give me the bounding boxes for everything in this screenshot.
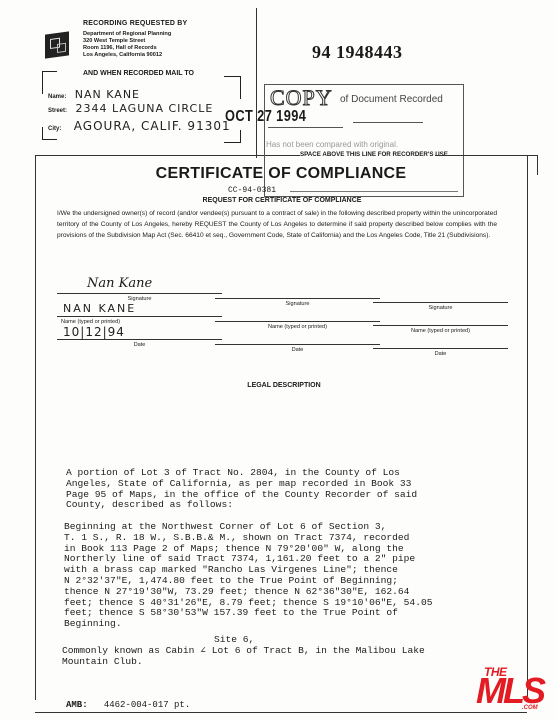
signature-line bbox=[215, 298, 380, 299]
date-line bbox=[215, 344, 380, 345]
street-field: Street: 2344 LAGUNA CIRCLE bbox=[48, 99, 213, 117]
name-line bbox=[57, 316, 222, 317]
signature-line bbox=[57, 293, 222, 294]
recording-requested-label: RECORDING REQUESTED BY bbox=[83, 20, 187, 27]
legal-paragraph-2: Beginning at the Northwest Corner of Lot… bbox=[64, 522, 432, 630]
document-number: 94 1948443 bbox=[312, 42, 403, 63]
mls-com-text: .COM bbox=[522, 705, 538, 711]
address-bracket bbox=[224, 76, 241, 99]
stamp-underline bbox=[353, 122, 423, 123]
name-line bbox=[373, 325, 508, 326]
date-line bbox=[373, 348, 508, 349]
printed-name-value: NAN KANE bbox=[57, 302, 222, 316]
county-seal-icon bbox=[45, 31, 69, 58]
commonly-known-as: Commonly known as Cabin ∠ Lot 6 of Tract… bbox=[62, 646, 425, 668]
mail-to-label: AND WHEN RECORDED MAIL TO bbox=[83, 70, 194, 77]
signature-block-2: Signature Name (typed or printed) Date bbox=[215, 298, 380, 353]
signature-line bbox=[373, 302, 508, 303]
dept-line: Room 1196, Hall of Records bbox=[83, 45, 171, 52]
recorder-space-line-left bbox=[35, 155, 300, 156]
city-value: AGOURA, CALIF. 91301 bbox=[74, 119, 231, 133]
name-line bbox=[215, 321, 380, 322]
recorder-space-label: SPACE ABOVE THIS LINE FOR RECORDER'S USE bbox=[300, 151, 448, 158]
date-value: 10|12|94 bbox=[57, 325, 222, 339]
recorded-date-stamp: OCT 27 1994 bbox=[225, 108, 306, 126]
request-intro-text: I/We the undersigned owner(s) of record … bbox=[57, 208, 497, 241]
mls-main-text: MLS bbox=[476, 673, 543, 709]
copy-faint-text: Has not been compared with original. bbox=[266, 140, 398, 149]
cc-number: CC-94-0381 bbox=[228, 186, 276, 195]
signature-block-3: Signature Name (typed or printed) Date bbox=[373, 302, 508, 357]
dept-line: Los Angeles, California 90012 bbox=[83, 52, 171, 59]
department-address: Department of Regional Planning 320 West… bbox=[83, 31, 171, 59]
legal-description-title: LEGAL DESCRIPTION bbox=[0, 382, 556, 389]
date-label: Date bbox=[57, 342, 222, 348]
city-field: City: AGOURA, CALIF. 91301 bbox=[48, 117, 231, 135]
street-label: Street: bbox=[48, 108, 67, 114]
signature-block-1: Nan Kane Signature NAN KANE Name (typed … bbox=[57, 276, 222, 348]
copy-stamp-subtitle: of Document Recorded bbox=[340, 94, 443, 105]
dept-line: Department of Regional Planning bbox=[83, 31, 171, 38]
header-divider bbox=[256, 8, 257, 158]
right-border bbox=[527, 155, 528, 700]
date-line bbox=[57, 339, 222, 340]
date-label: Date bbox=[373, 351, 508, 357]
signature-value: Nan Kane bbox=[57, 276, 222, 293]
bottom-border bbox=[35, 712, 527, 713]
stamp-underline bbox=[268, 127, 343, 128]
street-value: 2344 LAGUNA CIRCLE bbox=[75, 102, 213, 115]
legal-paragraph-1: A portion of Lot 3 of Tract No. 2804, in… bbox=[66, 468, 417, 511]
amb-number: AMB: 4462-004-017 pt. bbox=[66, 700, 190, 710]
left-border bbox=[35, 155, 36, 700]
city-label: City: bbox=[48, 126, 61, 132]
date-label: Date bbox=[215, 347, 380, 353]
request-title: REQUEST FOR CERTIFICATE OF COMPLIANCE bbox=[0, 197, 556, 204]
certificate-title: CERTIFICATE OF COMPLIANCE bbox=[0, 165, 556, 183]
amb-value: 4462-004-017 pt. bbox=[104, 700, 190, 710]
the-mls-watermark-logo: THE MLS .COM bbox=[474, 665, 550, 715]
cc-number-line bbox=[290, 191, 458, 192]
dept-line: 320 West Temple Street bbox=[83, 38, 171, 45]
amb-label: AMB: bbox=[66, 700, 88, 710]
recorder-space-line-right bbox=[435, 155, 537, 156]
